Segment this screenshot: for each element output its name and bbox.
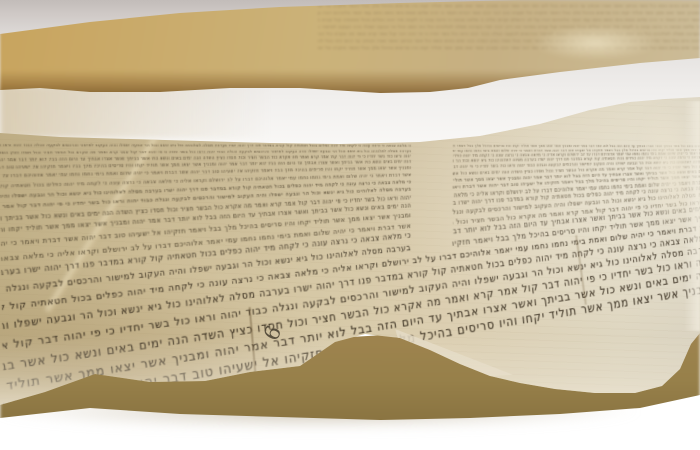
background-script-line: ומבניך אשר יצאו ממך אשר תוליד יקחו והיו … <box>318 9 700 16</box>
left-column-text: כי מלאה צבאה כי נרצה עונה כי לקחה מיד יה… <box>0 143 411 148</box>
parchment-chip <box>525 22 665 64</box>
right-edge-curl <box>684 101 700 331</box>
photograph: הנה ימים באים ונשא כול אשר בביתך ואשר אצ… <box>0 0 700 450</box>
light-gap-tint <box>0 86 270 138</box>
